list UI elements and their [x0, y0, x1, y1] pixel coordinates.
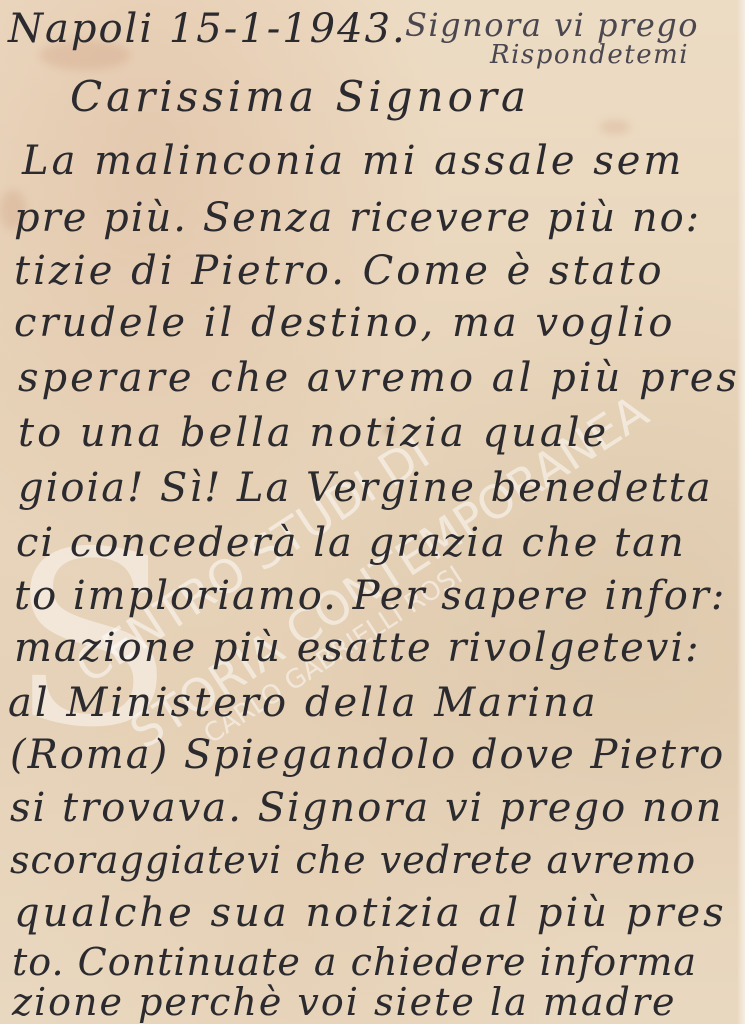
- body-line: si trovava. Signora vi prego non: [10, 785, 723, 831]
- paper-edge: [737, 0, 745, 1024]
- body-line: crudele il destino, ma voglio: [14, 300, 675, 346]
- body-line: tizie di Pietro. Come è stato: [14, 248, 665, 294]
- body-line: ci concederà la grazia che tan: [16, 520, 686, 566]
- paper-stain: [600, 120, 630, 134]
- letter-salutation: Carissima Signora: [70, 72, 530, 121]
- body-line: to. Continuate a chiedere informa: [12, 940, 697, 984]
- letter-place-date: Napoli 15-1-1943.: [8, 6, 407, 52]
- body-line: qualche sua notizia al più pres: [14, 890, 727, 936]
- body-line: pre più. Senza ricevere più no:: [14, 195, 701, 241]
- letter-page: S CENTRO STUDI DI STORIA CONTEMPORANEA C…: [0, 0, 745, 1024]
- body-line: scoraggiatevi che vedrete avremo: [10, 838, 696, 882]
- body-line: al Ministero della Marina: [8, 680, 599, 726]
- body-line: mazione più esatte rivolgetevi:: [14, 625, 701, 671]
- letter-header-note-2: Rispondetemi: [490, 40, 689, 70]
- body-line: to una bella notizia quale: [18, 410, 609, 456]
- body-line: La malinconia mi assale sem: [22, 138, 684, 184]
- body-line: gioia! Sì! La Vergine benedetta: [18, 465, 713, 511]
- body-line: zione perchè voi siete la madre: [12, 980, 677, 1024]
- body-line: (Roma) Spiegandolo dove Pietro: [10, 732, 725, 778]
- body-line: sperare che avremo al più pres: [18, 355, 740, 401]
- body-line: to imploriamo. Per sapere infor:: [14, 573, 726, 619]
- letter-header-note-1: Signora vi prego: [405, 6, 699, 44]
